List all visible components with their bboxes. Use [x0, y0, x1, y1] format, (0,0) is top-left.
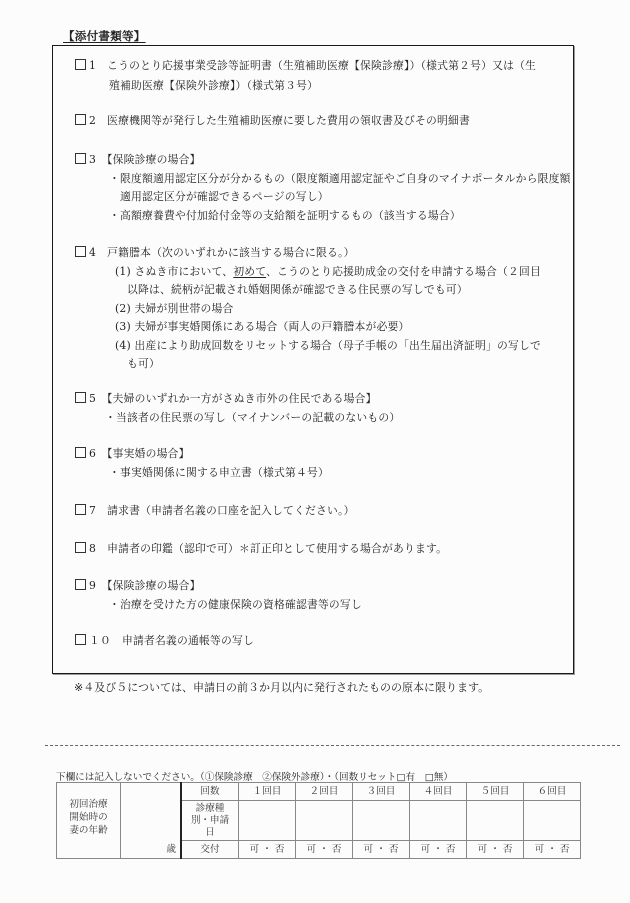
- item-3[interactable]: 3 【保険診療の場合】: [75, 153, 201, 167]
- col-2: ２回目: [296, 783, 353, 801]
- item-1-cont: 殖補助医療【保険外診療】）（様式第３号）: [109, 79, 318, 93]
- checkbox-icon[interactable]: [75, 634, 86, 645]
- checkbox-icon[interactable]: [75, 447, 86, 458]
- header-type-date: 診療種 別・申請 日: [181, 801, 239, 841]
- checkbox-icon[interactable]: [75, 59, 86, 70]
- item-3-sub-1-cont: 適用認定区分が確認できるページの写し）: [109, 190, 329, 204]
- item-9-sub: ・治療を受けた方の健康保険の資格確認書等の写し: [109, 598, 362, 612]
- checkbox-icon[interactable]: [75, 392, 86, 403]
- checkbox-icon[interactable]: [75, 153, 86, 164]
- checkbox-icon[interactable]: [75, 579, 86, 590]
- cut-line: [45, 745, 620, 746]
- grant-4[interactable]: 可 ・ 否: [410, 841, 467, 859]
- header-grant: 交付: [181, 841, 239, 859]
- item-4-sub-1-cont: 以降は、続柄が記載され婚姻関係が確認できる住民票の写しでも可）: [127, 283, 468, 297]
- item-5[interactable]: 5 【夫婦のいずれか一方がさぬき市外の住民である場合】: [75, 392, 377, 406]
- col-3: ３回目: [353, 783, 410, 801]
- office-use-table: 初回治療 開始時の 妻の年齢 歳 回数 １回目 ２回目 ３回目 ４回目 ５回目 …: [56, 782, 581, 859]
- checkbox-icon[interactable]: [75, 246, 86, 257]
- item-3-sub-2: ・高額療養費や付加給付金等の支給額を証明するもの（該当する場合）: [109, 209, 461, 223]
- col-6: ６回目: [524, 783, 581, 801]
- header-count: 回数: [181, 783, 239, 801]
- item-4-sub-1: (1) さぬき市において、初めて、こうのとり応援助成金の交付を申請する場合（２回…: [115, 265, 541, 279]
- validity-note: ※４及び５については、申請日の前３か月以内に発行されたものの原本に限ります。: [74, 679, 489, 695]
- grant-2[interactable]: 可 ・ 否: [296, 841, 353, 859]
- section-title: 【添付書類等】: [63, 28, 146, 44]
- item-4-sub-4: (4) 出産により助成回数をリセットする場合（母子手帳の「出生届出済証明」の写し…: [115, 339, 541, 353]
- type-date-5[interactable]: [467, 801, 524, 841]
- item-4-sub-4-cont: も可）: [127, 357, 160, 371]
- item-6-sub: ・事実婚関係に関する申立書（様式第４号）: [109, 466, 329, 480]
- office-use-instruction: 下欄には記入しないでください。（①保険診療 ②保険外診療）・（回数リセット□有 …: [56, 769, 453, 783]
- attachments-box: 1 こうのとり応援事業受診等証明書（生殖補助医療【保険診療】）（様式第２号）又は…: [52, 45, 574, 674]
- checkbox-icon[interactable]: [75, 504, 86, 515]
- item-4-sub-2: (2) 夫婦が別世帯の場合: [115, 302, 234, 316]
- grant-1[interactable]: 可 ・ 否: [239, 841, 296, 859]
- type-date-1[interactable]: [239, 801, 296, 841]
- item-10[interactable]: １０ 申請者名義の通帳等の写し: [75, 634, 254, 648]
- type-date-2[interactable]: [296, 801, 353, 841]
- item-4[interactable]: 4 戸籍謄本（次のいずれかに該当する場合に限る。）: [75, 246, 355, 260]
- col-1: １回目: [239, 783, 296, 801]
- type-date-3[interactable]: [353, 801, 410, 841]
- col-4: ４回目: [410, 783, 467, 801]
- item-6[interactable]: 6 【事実婚の場合】: [75, 447, 190, 461]
- item-5-sub: ・当該者の住民票の写し（マイナンバーの記載のないもの）: [105, 411, 400, 425]
- grant-6[interactable]: 可 ・ 否: [524, 841, 581, 859]
- grant-5[interactable]: 可 ・ 否: [467, 841, 524, 859]
- item-8[interactable]: 8 申請者の印鑑（認印で可）＊訂正印として使用する場合があります。: [75, 542, 447, 556]
- grant-3[interactable]: 可 ・ 否: [353, 841, 410, 859]
- item-4-sub-3: (3) 夫婦が事実婚関係にある場合（両人の戸籍謄本が必要）: [115, 320, 409, 334]
- age-cell[interactable]: 歳: [121, 783, 182, 859]
- item-9[interactable]: 9 【保険診療の場合】: [75, 579, 201, 593]
- col-5: ５回目: [467, 783, 524, 801]
- checkbox-icon[interactable]: [75, 114, 86, 125]
- type-date-6[interactable]: [524, 801, 581, 841]
- item-3-sub-1: ・限度額適用認定区分が分かるもの（限度額適用認定証やご自身のマイナポータルから限…: [109, 172, 571, 186]
- age-label: 初回治療 開始時の 妻の年齢: [57, 783, 121, 859]
- item-2[interactable]: 2 医療機関等が発行した生殖補助医療に要した費用の領収書及びその明細書: [75, 114, 470, 128]
- checkbox-icon[interactable]: [75, 542, 86, 553]
- item-7[interactable]: 7 請求書（申請者名義の口座を記入してください。）: [75, 504, 355, 518]
- item-1[interactable]: 1 こうのとり応援事業受診等証明書（生殖補助医療【保険診療】）（様式第２号）又は…: [75, 59, 536, 73]
- type-date-4[interactable]: [410, 801, 467, 841]
